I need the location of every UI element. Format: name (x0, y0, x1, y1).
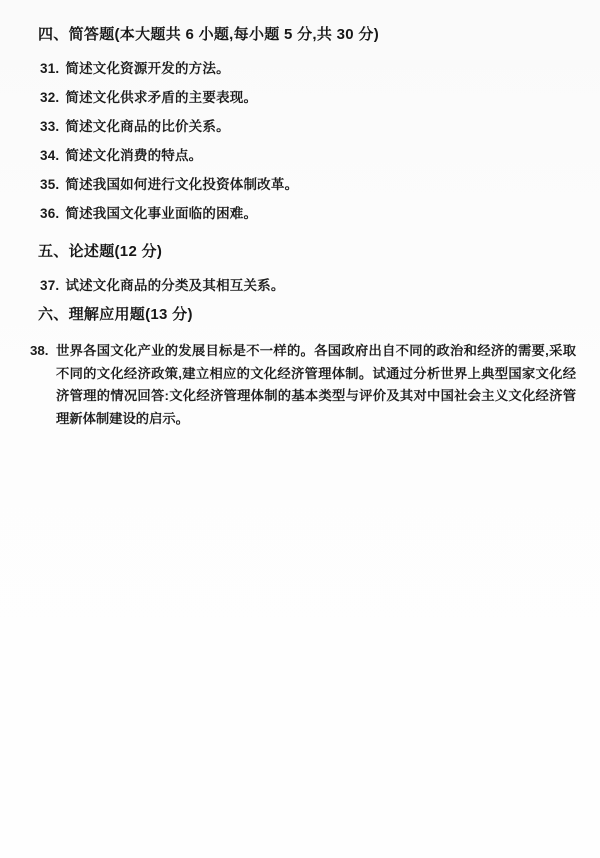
question-number: 35. (40, 176, 59, 194)
question-number: 33. (40, 118, 59, 136)
question-item-34: 34. 简述文化消费的特点。 (40, 147, 578, 165)
question-item-36: 36. 简述我国文化事业面临的困难。 (40, 205, 578, 223)
section-applied: 六、理解应用题(13 分) 38. 世界各国文化产业的发展目标是不一样的。各国政… (38, 306, 578, 430)
question-item-38: 38. 世界各国文化产业的发展目标是不一样的。各国政府出自不同的政治和经济的需要… (30, 340, 578, 430)
question-item-31: 31. 简述文化资源开发的方法。 (40, 60, 578, 78)
question-item-32: 32. 简述文化供求矛盾的主要表现。 (40, 89, 578, 107)
section-heading-applied: 六、理解应用题(13 分) (38, 306, 578, 324)
question-number: 36. (40, 205, 59, 223)
question-number: 31. (40, 60, 59, 78)
question-text: 简述文化供求矛盾的主要表现。 (65, 89, 257, 107)
exam-paper-page: 四、简答题(本大题共 6 小题,每小题 5 分,共 30 分) 31. 简述文化… (0, 0, 600, 858)
section-essay: 五、论述题(12 分) 37. 试述文化商品的分类及其相互关系。 (38, 243, 578, 295)
question-item-35: 35. 简述我国如何进行文化投资体制改革。 (40, 176, 578, 194)
question-text: 简述文化消费的特点。 (65, 147, 202, 165)
question-item-37: 37. 试述文化商品的分类及其相互关系。 (40, 277, 578, 295)
question-number: 32. (40, 89, 59, 107)
question-number: 38. (30, 340, 56, 363)
question-text: 简述我国文化事业面临的困难。 (65, 205, 257, 223)
question-number: 37. (40, 277, 59, 295)
section-heading-essay: 五、论述题(12 分) (38, 243, 578, 261)
question-item-33: 33. 简述文化商品的比价关系。 (40, 118, 578, 136)
question-number: 34. (40, 147, 59, 165)
section-short-answer: 四、简答题(本大题共 6 小题,每小题 5 分,共 30 分) 31. 简述文化… (38, 26, 578, 223)
section-heading-short-answer: 四、简答题(本大题共 6 小题,每小题 5 分,共 30 分) (38, 26, 578, 44)
question-text: 世界各国文化产业的发展目标是不一样的。各国政府出自不同的政治和经济的需要,采取不… (56, 340, 576, 430)
question-text: 试述文化商品的分类及其相互关系。 (65, 277, 284, 295)
question-text: 简述文化资源开发的方法。 (65, 60, 229, 78)
question-text: 简述文化商品的比价关系。 (65, 118, 229, 136)
question-text: 简述我国如何进行文化投资体制改革。 (65, 176, 298, 194)
